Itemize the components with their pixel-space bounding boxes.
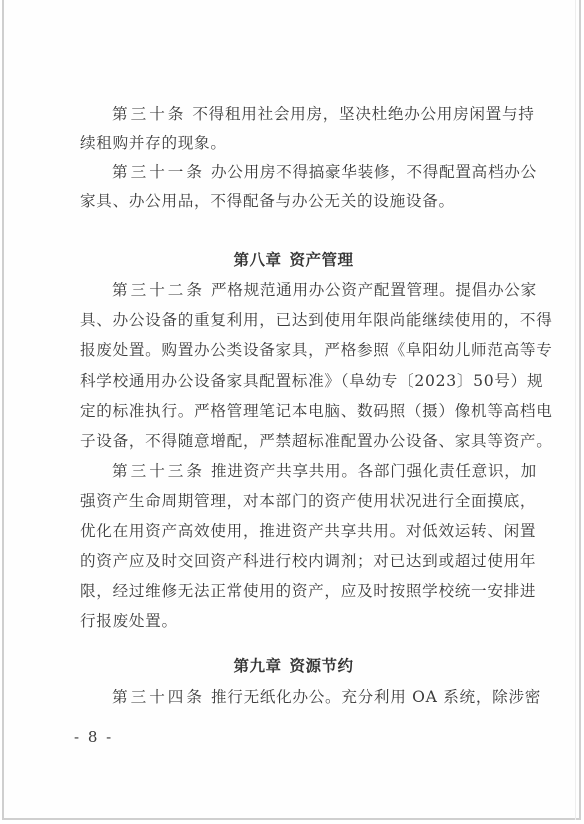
article-30-line-2: 续租购并存的现象。: [80, 128, 510, 158]
chapter-9-number: 第九章: [233, 657, 281, 675]
article-32-line-3: 报废处置。购置办公类设备家具，严格参照《阜阳幼儿师范高等专: [80, 335, 510, 365]
article-32-text: 严格规范通用办公资产配置管理。提倡办公家: [211, 281, 537, 299]
article-33-line-6: 行报废处置。: [80, 606, 510, 636]
page-edge-line: [575, 0, 576, 820]
chapter-8-number: 第八章: [233, 251, 281, 269]
article-32-line-6: 子设备，不得随意增配，严禁超标准配置办公设备、家具等资产。: [80, 426, 510, 456]
document-page: 第三十条不得租用社会用房，坚决杜绝办公用房闲置与持 续租购并存的现象。 第三十一…: [2, 0, 581, 820]
article-33-line-2: 强资产生命周期管理，对本部门的资产使用状况进行全面摸底，: [80, 486, 510, 516]
chapter-8-name: 资产管理: [290, 251, 354, 269]
article-30-number: 第三十条: [112, 105, 186, 123]
article-34-line-1: 第三十四条推行无纸化办公。充分利用 OA 系统，除涉密: [112, 682, 542, 712]
article-31-text: 办公用房不得搞豪华装修，不得配置高档办公: [211, 163, 537, 181]
article-32-line-1: 第三十二条严格规范通用办公资产配置管理。提倡办公家: [112, 275, 542, 305]
article-31-line-1: 第三十一条办公用房不得搞豪华装修，不得配置高档办公: [112, 157, 542, 187]
article-34-number: 第三十四条: [112, 688, 205, 706]
article-30-line-1: 第三十条不得租用社会用房，坚决杜绝办公用房闲置与持: [112, 99, 542, 129]
page-number: - 8 -: [74, 724, 113, 750]
article-32-line-5: 定的标准执行。严格管理笔记本电脑、数码照（摄）像机等高档电: [80, 396, 510, 426]
article-31-number: 第三十一条: [112, 163, 205, 181]
chapter-9-name: 资源节约: [290, 657, 354, 675]
article-33-line-1: 第三十三条推进资产共享共用。各部门强化责任意识，加: [112, 456, 542, 486]
article-32-line-2: 具、办公设备的重复利用，已达到使用年限尚能继续使用的，不得: [80, 305, 510, 335]
article-34-text: 推行无纸化办公。充分利用 OA 系统，除涉密: [211, 688, 541, 706]
article-32-line-4: 科学校通用办公设备家具配置标准》（阜幼专〔2023〕50号）规: [80, 366, 510, 396]
chapter-9-title: 第九章资源节约: [4, 651, 583, 681]
article-33-number: 第三十三条: [112, 462, 205, 480]
article-33-line-5: 限，经过维修无法正常使用的资产，应及时按照学校统一安排进: [80, 576, 510, 606]
article-32-number: 第三十二条: [112, 281, 205, 299]
chapter-8-title: 第八章资产管理: [4, 245, 583, 275]
article-31-line-2: 家具、办公用品，不得配备与办公无关的设施设备。: [80, 186, 510, 216]
article-33-line-3: 优化在用资产高效使用，推进资产共享共用。对低效运转、闲置: [80, 516, 510, 546]
article-30-text: 不得租用社会用房，坚决杜绝办公用房闲置与持: [192, 105, 534, 123]
article-33-line-4: 的资产应及时交回资产科进行校内调剂；对已达到或超过使用年: [80, 546, 510, 576]
article-33-text: 推进资产共享共用。各部门强化责任意识，加: [211, 462, 537, 480]
